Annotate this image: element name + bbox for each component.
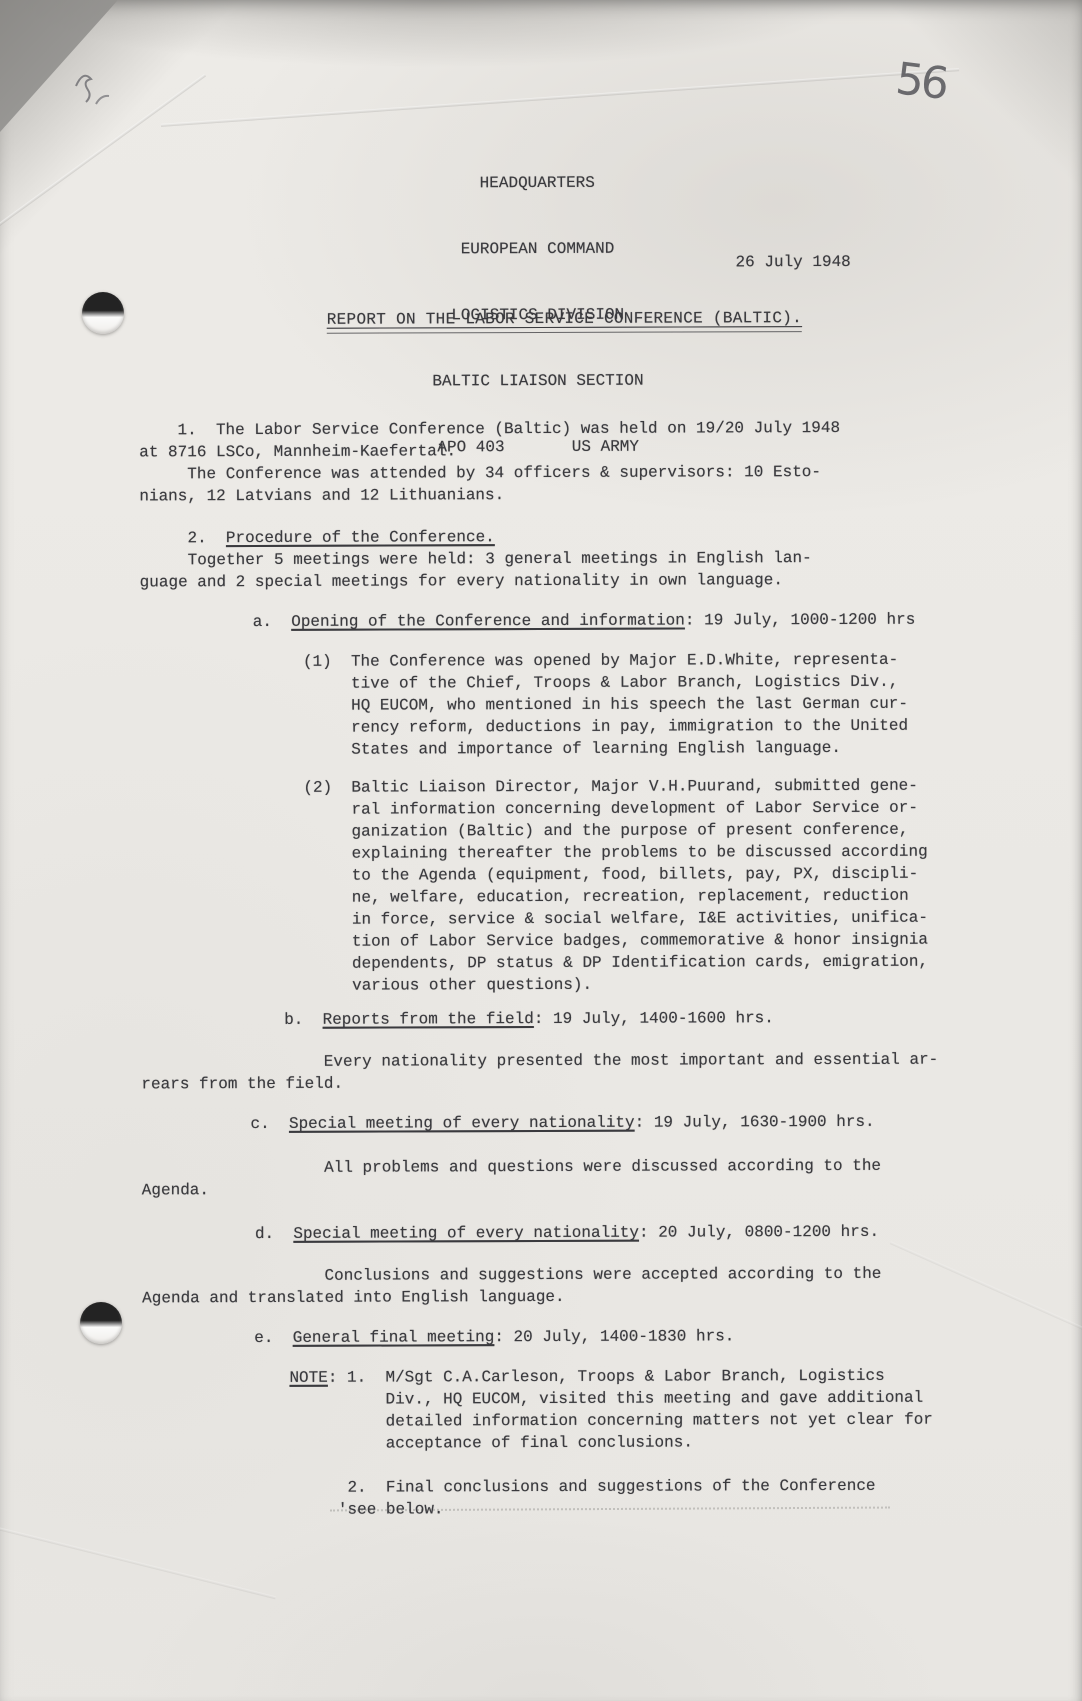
letterhead-line-1: HEADQUARTERS <box>418 172 656 195</box>
subitem-1: (1) The Conference was opened by Major E… <box>303 649 908 761</box>
section-2-heading-text: Procedure of the Conference. <box>226 528 495 547</box>
item-d-body: Conclusions and suggestions were accepte… <box>142 1263 881 1310</box>
scanned-document-page: 56 HEADQUARTERS EUROPEAN COMMAND LOGISTI… <box>0 0 1082 1701</box>
section-2-body: Together 5 meetings were held: 3 general… <box>140 547 812 593</box>
item-b-letter: b. <box>284 1011 322 1029</box>
item-d-letter: d. <box>255 1225 293 1243</box>
item-a-time: : 19 July, 1000-1200 hrs <box>685 611 915 630</box>
item-c-heading-text: Special meeting of every nationality <box>289 1114 635 1133</box>
item-b-heading-text: Reports from the field <box>323 1010 534 1029</box>
document-title: REPORT ON THE LABOR SERVICE CONFERENCE (… <box>327 307 802 334</box>
item-a-heading-text: Opening of the Conference and informatio… <box>291 611 685 630</box>
letterhead-line-2: EUROPEAN COMMAND <box>418 238 656 261</box>
item-b-time: : 19 July, 1400-1600 hrs. <box>534 1009 774 1028</box>
subitem-2: (2) Baltic Liaison Director, Major V.H.P… <box>303 775 928 997</box>
item-b-heading: b. Reports from the field: 19 July, 1400… <box>284 1007 774 1031</box>
item-e-time: : 20 July, 1400-1830 hrs. <box>494 1327 734 1346</box>
item-a-heading: a. Opening of the Conference and informa… <box>253 609 916 633</box>
item-d-heading: d. Special meeting of every nationality:… <box>255 1221 879 1245</box>
document-date: 26 July 1948 <box>736 251 851 273</box>
item-c-letter: c. <box>251 1115 289 1133</box>
note-body: Div., HQ EUCOM, visited this meeting and… <box>289 1387 933 1521</box>
item-c-body: All problems and questions were discusse… <box>142 1155 881 1202</box>
item-c-time: : 19 July, 1630-1900 hrs. <box>635 1113 875 1132</box>
item-a-letter: a. <box>253 613 291 631</box>
note-heading-line: NOTE: 1. M/Sgt C.A.Carleson, Troops & La… <box>289 1365 884 1389</box>
item-e-heading: e. General final meeting: 20 July, 1400-… <box>254 1325 734 1349</box>
note-label: NOTE <box>289 1369 327 1387</box>
item-e-letter: e. <box>254 1329 292 1347</box>
item-e-heading-text: General final meeting <box>293 1328 495 1347</box>
item-d-time: : 20 July, 0800-1200 hrs. <box>639 1223 879 1242</box>
item-b-body: Every nationality presented the most imp… <box>141 1049 938 1096</box>
document-content: HEADQUARTERS EUROPEAN COMMAND LOGISTICS … <box>0 0 1082 1701</box>
section-2-number: 2. <box>139 529 225 547</box>
paragraph-1: 1. The Labor Service Conference (Baltic)… <box>139 417 840 507</box>
letterhead-line-4: BALTIC LIAISON SECTION <box>419 370 657 393</box>
section-2-heading: 2. Procedure of the Conference. <box>139 526 494 549</box>
note-line1-text: : 1. M/Sgt C.A.Carleson, Troops & Labor … <box>328 1367 885 1387</box>
item-d-heading-text: Special meeting of every nationality <box>293 1224 639 1243</box>
item-c-heading: c. Special meeting of every nationality:… <box>251 1111 875 1135</box>
